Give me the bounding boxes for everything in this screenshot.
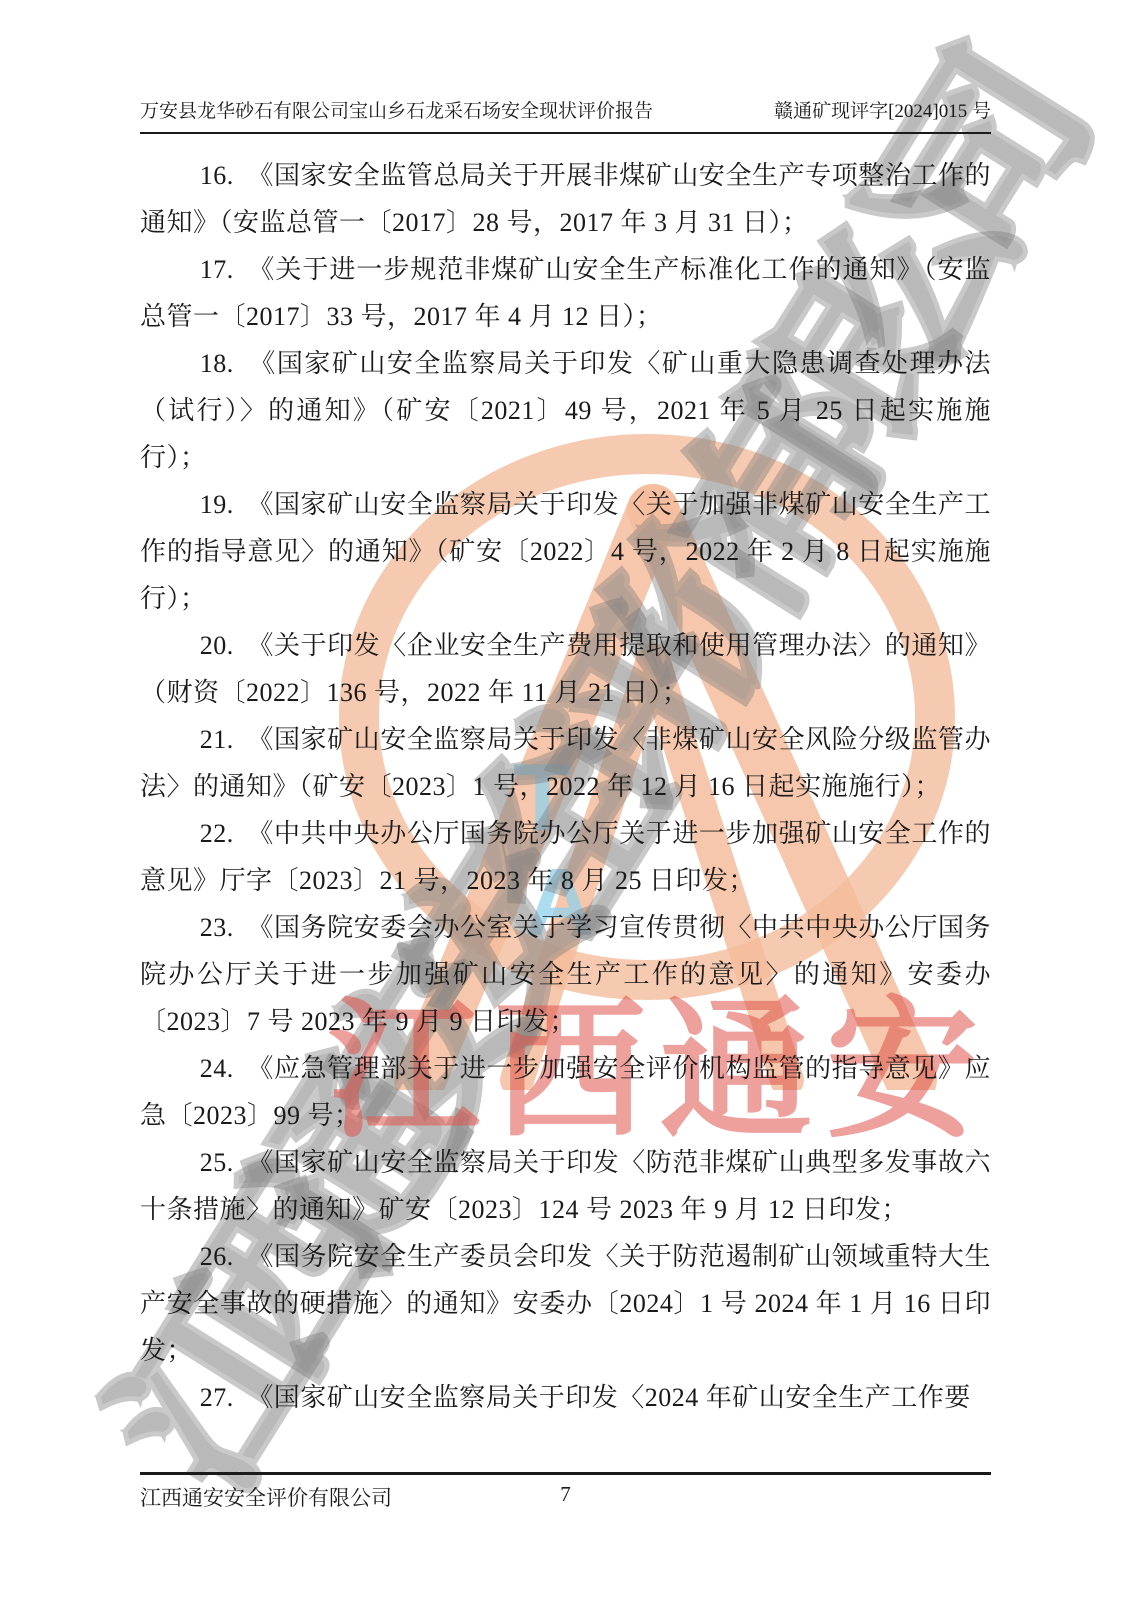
list-item-24: 24. 《应急管理部关于进一步加强安全评价机构监管的指导意见》应急〔2023〕9… — [140, 1045, 991, 1139]
list-item-27: 27. 《国家矿山安全监察局关于印发〈2024 年矿山安全生产工作要 — [140, 1374, 991, 1421]
report-title: 万安县龙华砂石有限公司宝山乡石龙采石场安全现状评价报告 — [140, 96, 653, 123]
page-number: 7 — [140, 1482, 991, 1507]
list-item-20: 20. 《关于印发〈企业安全生产费用提取和使用管理办法〉的通知》（财资〔2022… — [140, 622, 991, 716]
list-item-22: 22. 《中共中央办公厅国务院办公厅关于进一步加强矿山安全工作的意见》厅字〔20… — [140, 810, 991, 904]
list-item-26: 26. 《国务院安全生产委员会印发〈关于防范遏制矿山领域重特大生产安全事故的硬措… — [140, 1233, 991, 1374]
page-footer: 江西通安安全评价有限公司 7 — [140, 1472, 991, 1482]
list-item-25: 25. 《国家矿山安全监察局关于印发〈防范非煤矿山典型多发事故六十条措施〉的通知… — [140, 1139, 991, 1233]
list-item-17: 17. 《关于进一步规范非煤矿山安全生产标准化工作的通知》（安监总管一〔2017… — [140, 246, 991, 340]
list-item-16: 16. 《国家安全监管总局关于开展非煤矿山安全生产专项整治工作的通知》（安监总管… — [140, 152, 991, 246]
list-item-21: 21. 《国家矿山安全监察局关于印发〈非煤矿山安全风险分级监管办法〉的通知》（矿… — [140, 716, 991, 810]
document-number: 赣通矿现评字[2024]015 号 — [774, 96, 991, 123]
report-page: T A 江西通安安全评价有限公司 江西通安 万安县龙华砂石有限公司宝山乡石龙采石… — [0, 0, 1131, 1600]
page-header: 万安县龙华砂石有限公司宝山乡石龙采石场安全现状评价报告 赣通矿现评字[2024]… — [140, 96, 991, 134]
regulation-list: 16. 《国家安全监管总局关于开展非煤矿山安全生产专项整治工作的通知》（安监总管… — [140, 152, 991, 1421]
list-item-23: 23. 《国务院安委会办公室关于学习宣传贯彻〈中共中央办公厅国务院办公厅关于进一… — [140, 904, 991, 1045]
list-item-19: 19. 《国家矿山安全监察局关于印发〈关于加强非煤矿山安全生产工作的指导意见〉的… — [140, 481, 991, 622]
document-content: 万安县龙华砂石有限公司宝山乡石龙采石场安全现状评价报告 赣通矿现评字[2024]… — [0, 0, 1131, 1600]
list-item-18: 18. 《国家矿山安全监察局关于印发〈矿山重大隐患调查处理办法（试行）〉的通知》… — [140, 340, 991, 481]
